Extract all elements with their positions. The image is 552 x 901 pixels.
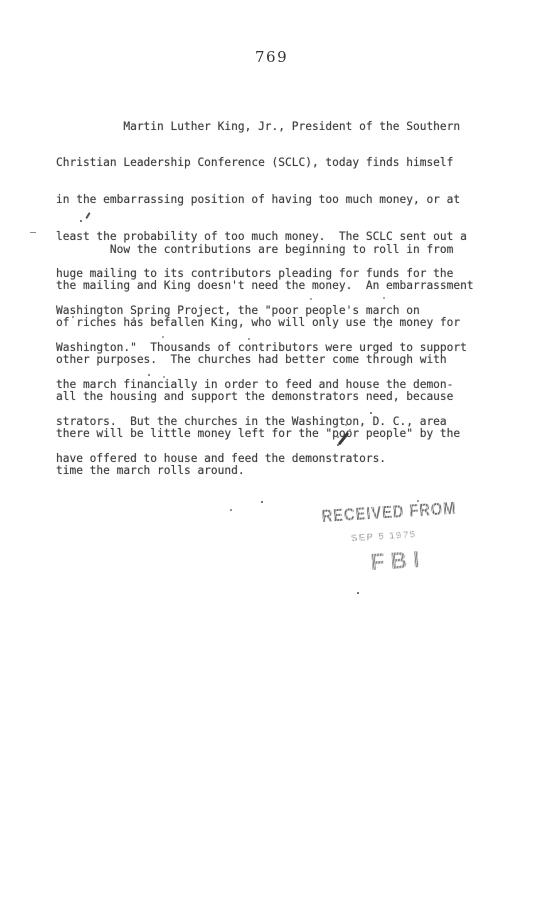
scan-speck [248, 338, 250, 340]
margin-dash-mark [30, 232, 36, 233]
pen-dot-mark [80, 220, 82, 222]
scan-speck [133, 317, 135, 319]
scan-speck [148, 374, 150, 376]
scan-speck [310, 298, 312, 300]
stamp-received-from-text: RECEIVED FROM [321, 498, 450, 527]
scan-speck [261, 501, 263, 503]
pen-squiggle-speck [337, 444, 339, 446]
typed-line: the mailing and King doesn't need the mo… [56, 280, 474, 292]
page-number: 769 [255, 48, 288, 66]
typed-line: Christian Leadership Conference (SCLC), … [56, 157, 467, 169]
scan-speck [370, 412, 372, 414]
pen-squiggle-speck [349, 429, 351, 431]
paragraph-2: Now the contributions are beginning to r… [56, 219, 474, 502]
scan-speck [383, 297, 385, 299]
typed-line: time the march rolls around. [56, 465, 474, 477]
scan-speck [345, 424, 347, 426]
typed-line: there will be little money left for the … [56, 428, 474, 440]
scan-speck [230, 509, 232, 511]
typed-line: of riches has befallen King, who will on… [56, 317, 474, 329]
scan-speck [417, 500, 419, 502]
typed-line: Now the contributions are beginning to r… [56, 244, 474, 256]
scan-speck [197, 315, 199, 317]
typed-line: other purposes. The churches had better … [56, 354, 474, 366]
typed-line: all the housing and support the demonstr… [56, 391, 474, 403]
scan-speck [357, 592, 359, 594]
scan-speck [72, 316, 74, 318]
scanned-document-page: 769 Martin Luther King, Jr., President o… [0, 0, 552, 901]
received-from-fbi-stamp: RECEIVED FROM SEP 5 1975 FBI [321, 497, 475, 579]
typed-line: Martin Luther King, Jr., President of th… [56, 121, 467, 133]
stamp-date: SEP 5 1975 [351, 526, 473, 544]
stamp-agency-text: FBI [370, 543, 475, 576]
scan-speck [383, 326, 385, 328]
scan-speck [163, 376, 165, 378]
pen-squiggle-speck [337, 436, 339, 438]
typed-line: in the embarrassing position of having t… [56, 194, 467, 206]
scan-speck [162, 336, 164, 338]
